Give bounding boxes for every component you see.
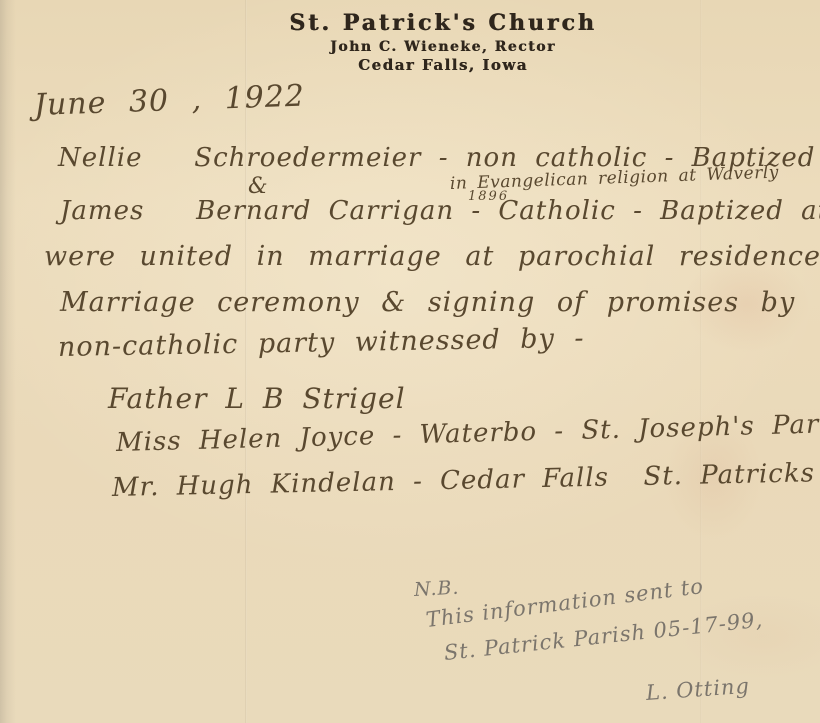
ceremony-line-1: Marriage ceremony & signing of promises …	[60, 287, 795, 318]
witness-2-line: Mr. Hugh Kindelan - Cedar Falls St. Patr…	[112, 456, 820, 503]
nota-bene-heading: N.B.	[413, 577, 460, 601]
ceremony-line-2: non-catholic party witnessed by -	[58, 323, 585, 363]
groom-line: James Bernard Carrigan - Catholic - Bapt…	[60, 196, 820, 226]
record-date: June 30 , 1922	[33, 79, 305, 123]
location-line: Cedar Falls, Iowa	[66, 56, 820, 74]
officiant-name: Father L B Strigel	[108, 382, 406, 415]
marriage-statement-line: were united in marriage at parochial res…	[44, 241, 820, 272]
pencil-signature: L. Otting	[645, 674, 750, 705]
church-name: St. Patrick's Church	[66, 10, 820, 36]
rector-line: John C. Wieneke, Rector	[66, 39, 820, 55]
scanned-document-page: St. Patrick's Church John C. Wieneke, Re…	[0, 0, 820, 723]
witness-1-line: Miss Helen Joyce - Waterbo - St. Joseph'…	[116, 409, 820, 458]
